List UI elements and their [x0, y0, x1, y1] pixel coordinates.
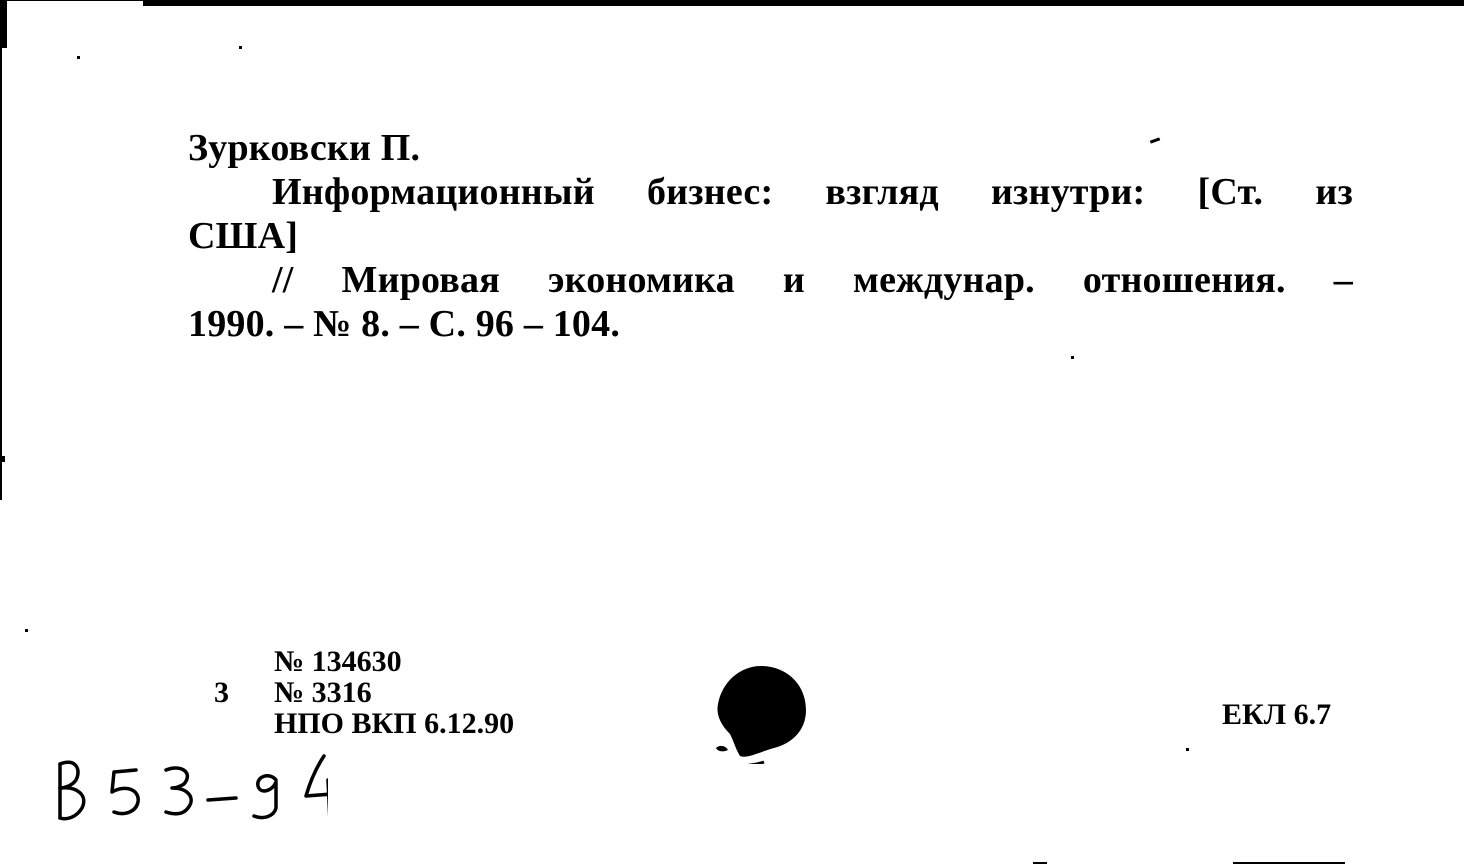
- source-line-2: 1990. – № 8. – С. 96 – 104.: [188, 302, 1353, 346]
- scan-speck: [1071, 356, 1074, 359]
- scan-border-top: [143, 0, 1464, 6]
- scan-speck: [239, 46, 242, 49]
- scan-border-top: [6, 0, 143, 1]
- scan-border-left: [0, 0, 7, 48]
- inventory-number: № 3316: [274, 677, 372, 708]
- scan-speck: [77, 56, 80, 59]
- scan-speck: [25, 629, 28, 632]
- accession-number: № 134630: [274, 646, 402, 677]
- copies-count: 3: [214, 677, 274, 708]
- catalog-card: Зурковски П. Информационный бизнес: взгл…: [0, 0, 1464, 864]
- scan-border-left: [0, 48, 2, 500]
- source-line-1: // Мировая экономика и междунар. отношен…: [188, 258, 1353, 302]
- handwritten-shelfmark: [48, 750, 328, 830]
- author: Зурковски П.: [188, 126, 1353, 170]
- registry-row: № 134630: [214, 646, 514, 677]
- punch-hole-stamp: [716, 664, 806, 764]
- bibliographic-entry: Зурковски П. Информационный бизнес: взгл…: [188, 126, 1353, 346]
- publisher-date: НПО ВКП 6.12.90: [274, 708, 514, 739]
- scan-border-left: [0, 456, 5, 462]
- classification-code: ЕКЛ 6.7: [1222, 698, 1331, 732]
- title-line-2: США]: [188, 214, 1353, 258]
- registry-block: № 134630 3 № 3316 НПО ВКП 6.12.90: [214, 646, 514, 739]
- title-line-1: Информационный бизнес: взгляд изнутри: […: [188, 170, 1353, 214]
- registry-row: НПО ВКП 6.12.90: [214, 708, 514, 739]
- registry-row: 3 № 3316: [214, 677, 514, 708]
- scan-speck: [1186, 748, 1189, 751]
